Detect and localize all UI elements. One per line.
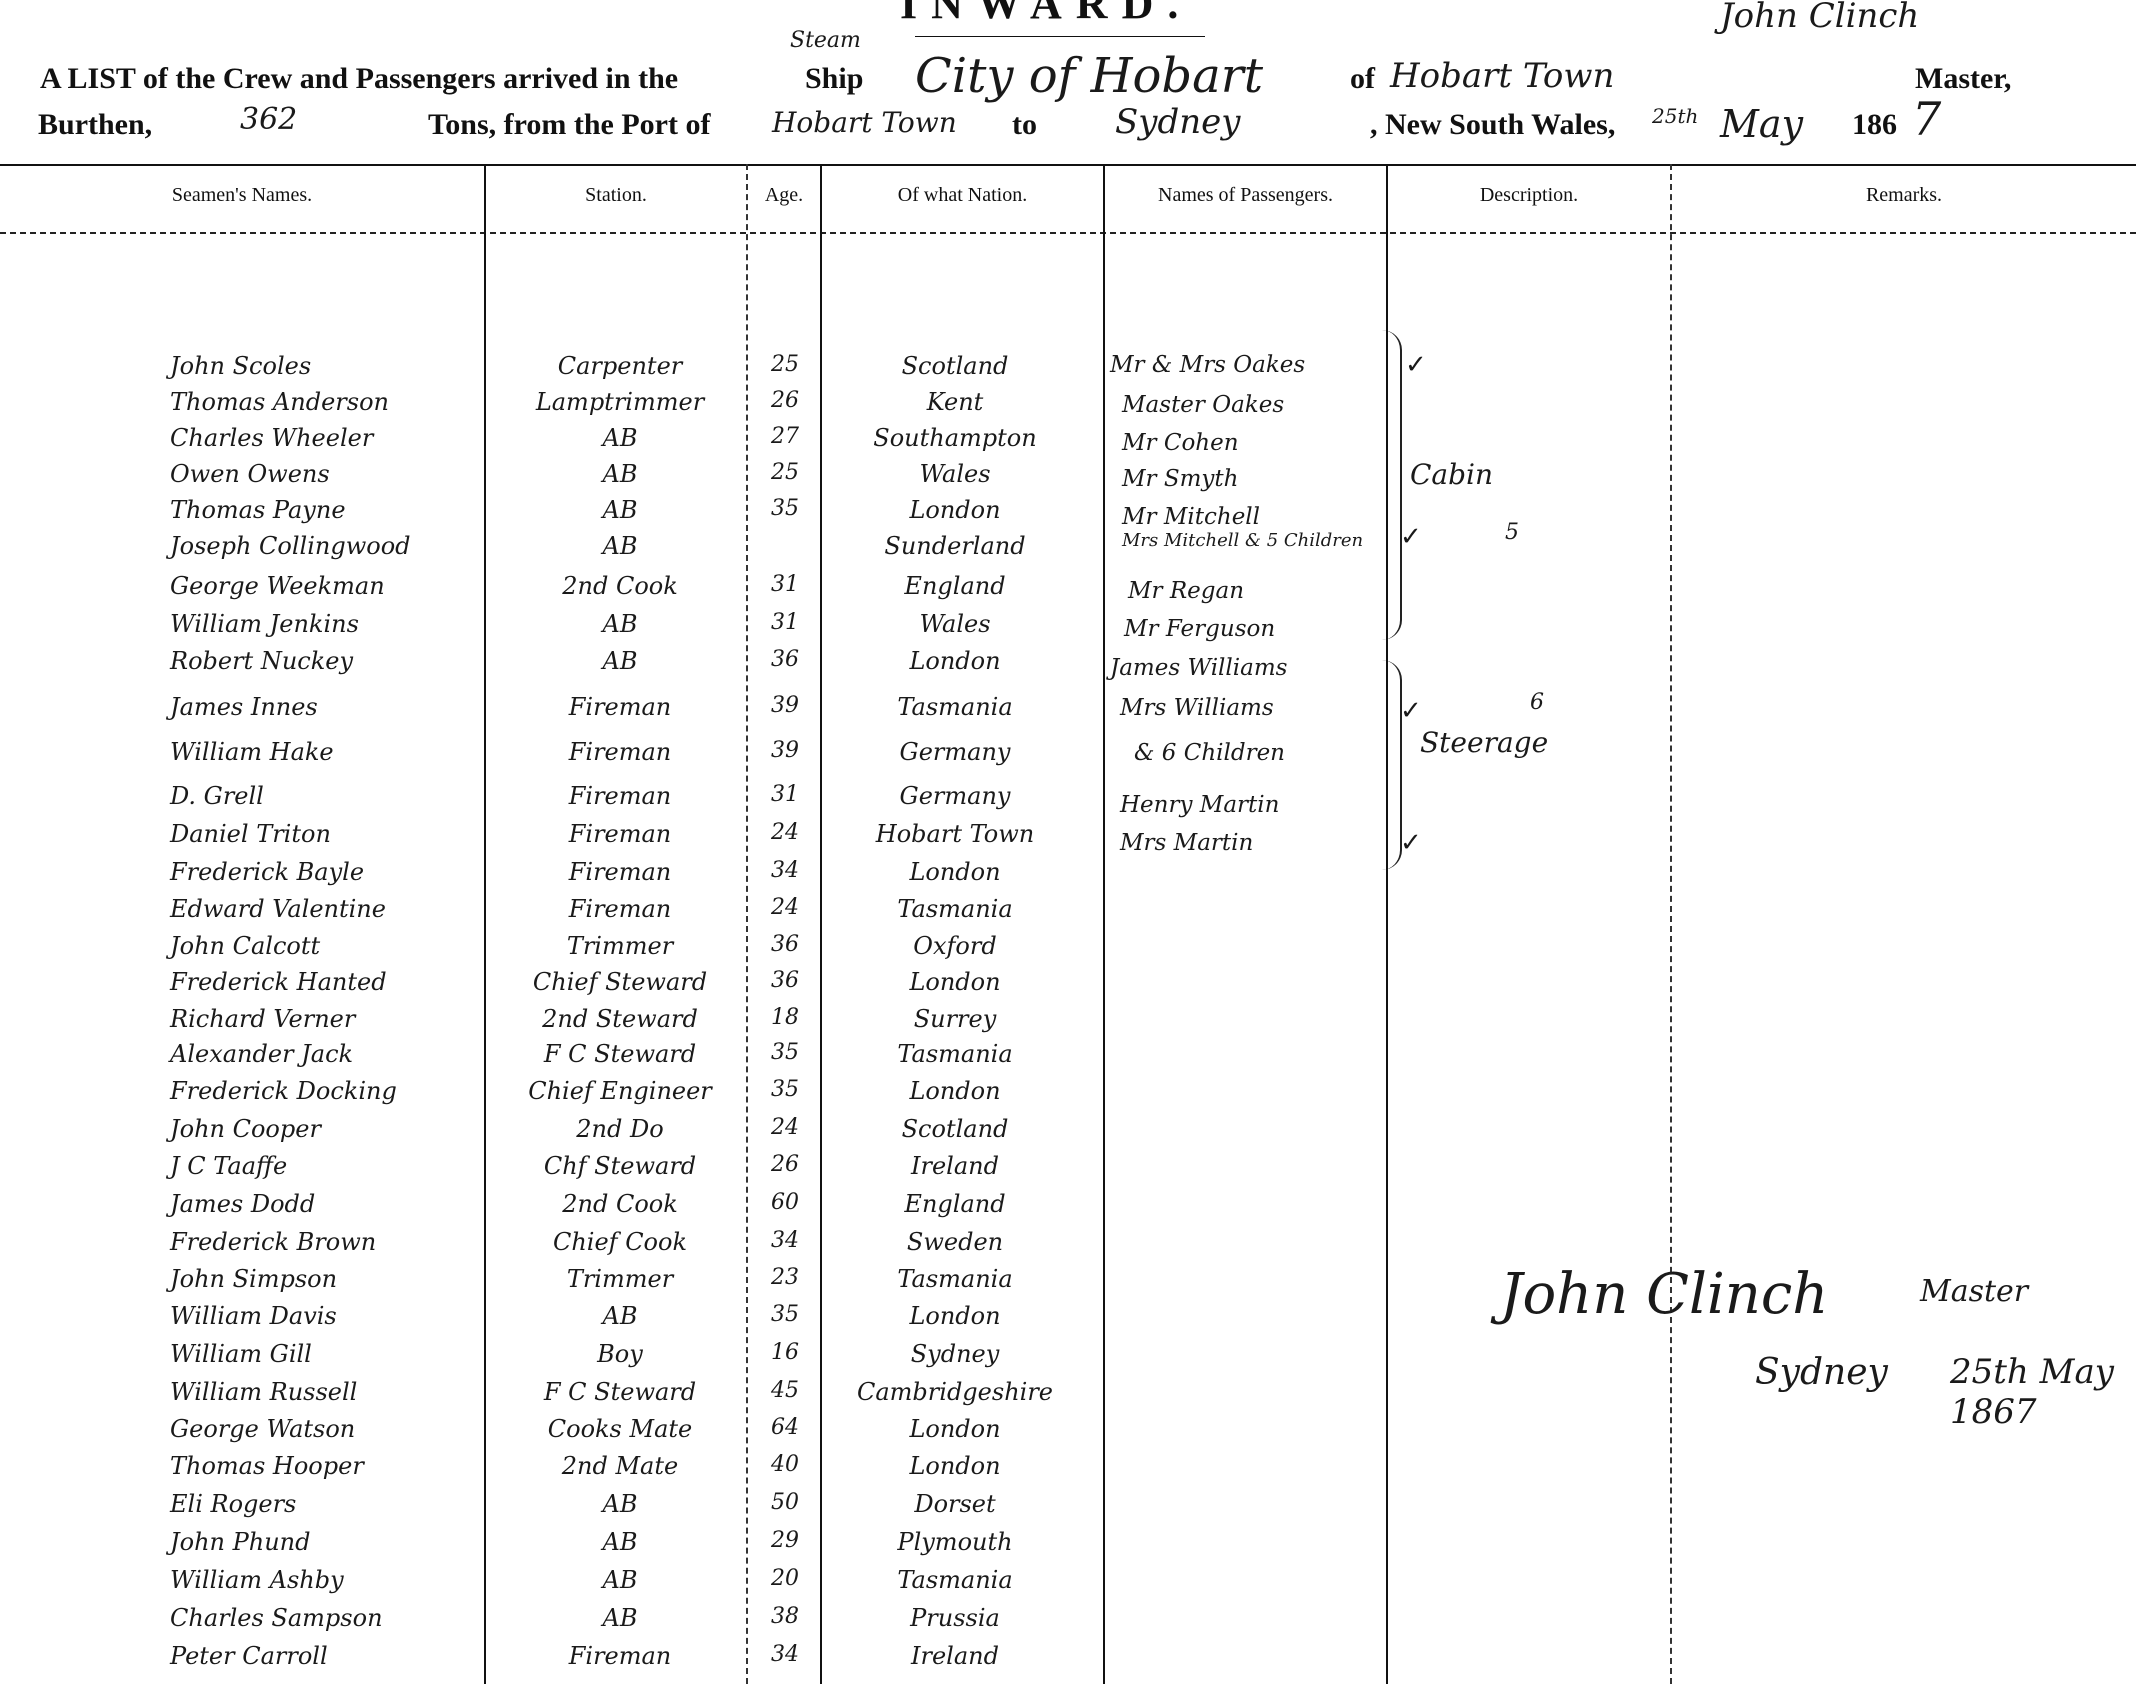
age: 34 bbox=[750, 1228, 820, 1253]
passenger-name: Henry Martin bbox=[1120, 792, 1279, 818]
seaman-name: William Hake bbox=[170, 738, 334, 766]
age: 35 bbox=[750, 496, 820, 521]
station: Fireman bbox=[500, 782, 740, 810]
crew-row: J C TaaffeChf Steward26Ireland bbox=[0, 1152, 1110, 1189]
seaman-name: Robert Nuckey bbox=[170, 647, 353, 675]
passenger-name: Mr Cohen bbox=[1122, 430, 1239, 456]
title-underline bbox=[915, 36, 1205, 37]
station: 2nd Mate bbox=[500, 1452, 740, 1480]
age: 35 bbox=[750, 1040, 820, 1065]
age: 36 bbox=[750, 647, 820, 672]
nation: Germany bbox=[835, 782, 1075, 810]
age: 24 bbox=[750, 895, 820, 920]
signature-date: 25th May 1867 bbox=[1950, 1352, 2136, 1432]
passenger-name: Mrs Williams bbox=[1120, 695, 1274, 721]
nation: Prussia bbox=[835, 1604, 1075, 1632]
age: 36 bbox=[750, 968, 820, 993]
col-header-passengers: Names of Passengers. bbox=[1105, 184, 1386, 207]
age: 60 bbox=[750, 1190, 820, 1215]
seaman-name: Charles Wheeler bbox=[170, 424, 373, 452]
age: 25 bbox=[750, 352, 820, 377]
col-header-seamen-names: Seamen's Names. bbox=[0, 184, 484, 207]
seaman-name: William Gill bbox=[170, 1340, 312, 1368]
station: F C Steward bbox=[500, 1040, 740, 1068]
nation: London bbox=[835, 1302, 1075, 1330]
col-header-description: Description. bbox=[1388, 184, 1670, 207]
seaman-name: William Ashby bbox=[170, 1566, 344, 1594]
nation: London bbox=[835, 1415, 1075, 1443]
seaman-name: Peter Carroll bbox=[170, 1642, 328, 1670]
station: Cooks Mate bbox=[500, 1415, 740, 1443]
nation: London bbox=[835, 1452, 1075, 1480]
passenger-row: Mr Ferguson bbox=[1110, 616, 1380, 653]
station: Fireman bbox=[500, 858, 740, 886]
nation: London bbox=[835, 1077, 1075, 1105]
seaman-name: D. Grell bbox=[170, 782, 264, 810]
station: F C Steward bbox=[500, 1378, 740, 1406]
nation: London bbox=[835, 647, 1075, 675]
seaman-name: George Watson bbox=[170, 1415, 355, 1443]
seaman-name: John Scoles bbox=[170, 352, 311, 380]
crew-row: John ScolesCarpenter25Scotland bbox=[0, 352, 1110, 389]
seaman-name: James Dodd bbox=[170, 1190, 315, 1218]
nation: Oxford bbox=[835, 932, 1075, 960]
crew-row: Thomas AndersonLamptrimmer26Kent bbox=[0, 388, 1110, 425]
station: 2nd Cook bbox=[500, 572, 740, 600]
crew-row: John Cooper2nd Do24Scotland bbox=[0, 1115, 1110, 1152]
of-label: of bbox=[1350, 62, 1375, 96]
check-mark-icon: ✓ bbox=[1400, 828, 1422, 858]
document-title: INWARD. bbox=[900, 0, 1192, 29]
station: Chief Steward bbox=[500, 968, 740, 996]
station: Carpenter bbox=[500, 352, 740, 380]
ship-word: Ship bbox=[805, 62, 863, 96]
nation: Tasmania bbox=[835, 1566, 1075, 1594]
nation: Sydney bbox=[835, 1340, 1075, 1368]
col-header-remarks: Remarks. bbox=[1672, 184, 2136, 207]
age: 39 bbox=[750, 693, 820, 718]
age: 31 bbox=[750, 572, 820, 597]
station: Trimmer bbox=[500, 1265, 740, 1293]
station: 2nd Cook bbox=[500, 1190, 740, 1218]
nation: Southampton bbox=[835, 424, 1075, 452]
from-port: Hobart Town bbox=[772, 106, 957, 139]
seaman-name: William Davis bbox=[170, 1302, 337, 1330]
nation: Scotland bbox=[835, 352, 1075, 380]
crew-row: Frederick DockingChief Engineer35London bbox=[0, 1077, 1110, 1114]
crew-row: William DavisAB35London bbox=[0, 1302, 1110, 1339]
station: Fireman bbox=[500, 738, 740, 766]
station: 2nd Steward bbox=[500, 1005, 740, 1033]
station: Fireman bbox=[500, 820, 740, 848]
station: Fireman bbox=[500, 693, 740, 721]
seaman-name: Richard Verner bbox=[170, 1005, 355, 1033]
age: 45 bbox=[750, 1378, 820, 1403]
date-day: 25th bbox=[1652, 104, 1698, 128]
nation: Sweden bbox=[835, 1228, 1075, 1256]
passenger-row: Master Oakes bbox=[1110, 392, 1380, 429]
seaman-name: James Innes bbox=[170, 693, 318, 721]
age: 27 bbox=[750, 424, 820, 449]
station: AB bbox=[500, 1490, 740, 1518]
passenger-row: Mr & Mrs Oakes bbox=[1110, 352, 1380, 389]
station: 2nd Do bbox=[500, 1115, 740, 1143]
nation: Kent bbox=[835, 388, 1075, 416]
age: 25 bbox=[750, 460, 820, 485]
station: AB bbox=[500, 496, 740, 524]
header-bottom-rule bbox=[0, 232, 2136, 234]
steerage-label: Steerage bbox=[1420, 726, 1548, 759]
nation: Hobart Town bbox=[835, 820, 1075, 848]
passenger-name: Mr & Mrs Oakes bbox=[1110, 352, 1305, 378]
crew-row: George WatsonCooks Mate64London bbox=[0, 1415, 1110, 1452]
crew-row: Eli RogersAB50Dorset bbox=[0, 1490, 1110, 1527]
crew-row: Alexander JackF C Steward35Tasmania bbox=[0, 1040, 1110, 1077]
seaman-name: Frederick Bayle bbox=[170, 858, 364, 886]
station: Trimmer bbox=[500, 932, 740, 960]
crew-row: Charles SampsonAB38Prussia bbox=[0, 1604, 1110, 1641]
passenger-name: Mrs Martin bbox=[1120, 830, 1253, 856]
age: 40 bbox=[750, 1452, 820, 1477]
station: AB bbox=[500, 647, 740, 675]
passenger-name: Mr Mitchell bbox=[1122, 504, 1260, 530]
to-label: to bbox=[1012, 108, 1037, 142]
seaman-name: Charles Sampson bbox=[170, 1604, 383, 1632]
crew-row: Charles WheelerAB27Southampton bbox=[0, 424, 1110, 461]
passenger-name: Mr Regan bbox=[1128, 578, 1244, 604]
seaman-name: William Jenkins bbox=[170, 610, 359, 638]
crew-row: Edward ValentineFireman24Tasmania bbox=[0, 895, 1110, 932]
seaman-name: J C Taaffe bbox=[170, 1152, 287, 1180]
seaman-name: John Calcott bbox=[170, 932, 320, 960]
crew-row: Richard Verner2nd Steward18Surrey bbox=[0, 1005, 1110, 1042]
seaman-name: Thomas Payne bbox=[170, 496, 346, 524]
station: Fireman bbox=[500, 1642, 740, 1670]
age: 31 bbox=[750, 610, 820, 635]
seaman-name: Eli Rogers bbox=[170, 1490, 296, 1518]
col-header-age: Age. bbox=[748, 184, 820, 207]
nation: Sunderland bbox=[835, 532, 1075, 560]
nation: London bbox=[835, 858, 1075, 886]
nation: Ireland bbox=[835, 1642, 1075, 1670]
steerage-brace bbox=[1380, 660, 1402, 870]
crew-row: D. GrellFireman31Germany bbox=[0, 782, 1110, 819]
station: AB bbox=[500, 532, 740, 560]
age: 26 bbox=[750, 388, 820, 413]
passenger-row: Mr Smyth bbox=[1110, 466, 1380, 503]
passenger-row: & 6 Children bbox=[1110, 740, 1380, 777]
seaman-name: Frederick Brown bbox=[170, 1228, 376, 1256]
crew-row: William AshbyAB20Tasmania bbox=[0, 1566, 1110, 1603]
nation: Germany bbox=[835, 738, 1075, 766]
crew-row: Frederick BrownChief Cook34Sweden bbox=[0, 1228, 1110, 1265]
nation: London bbox=[835, 496, 1075, 524]
passenger-row: Mrs Martin bbox=[1110, 830, 1380, 867]
station: AB bbox=[500, 424, 740, 452]
passenger-row: Mr Cohen bbox=[1110, 430, 1380, 467]
seaman-name: Thomas Anderson bbox=[170, 388, 389, 416]
age: 29 bbox=[750, 1528, 820, 1553]
station: Boy bbox=[500, 1340, 740, 1368]
check-mark-icon: ✓ bbox=[1400, 522, 1422, 552]
nation: Tasmania bbox=[835, 1265, 1075, 1293]
age: 50 bbox=[750, 1490, 820, 1515]
age: 26 bbox=[750, 1152, 820, 1177]
col-header-station: Station. bbox=[486, 184, 746, 207]
nation: Tasmania bbox=[835, 895, 1075, 923]
age: 18 bbox=[750, 1005, 820, 1030]
age: 36 bbox=[750, 932, 820, 957]
station: AB bbox=[500, 1566, 740, 1594]
burthen-label: Burthen, bbox=[38, 108, 152, 142]
crew-row: Peter CarrollFireman34Ireland bbox=[0, 1642, 1110, 1679]
crew-row: Thomas Hooper2nd Mate40London bbox=[0, 1452, 1110, 1489]
passenger-name: Master Oakes bbox=[1122, 392, 1284, 418]
to-port: Sydney bbox=[1115, 102, 1241, 142]
age: 16 bbox=[750, 1340, 820, 1365]
master-signature: John Clinch bbox=[1500, 1262, 1828, 1327]
passenger-row: Mrs Williams bbox=[1110, 695, 1380, 732]
crew-row: William RussellF C Steward45Cambridgeshi… bbox=[0, 1378, 1110, 1415]
passenger-name: James Williams bbox=[1110, 655, 1287, 681]
age: 23 bbox=[750, 1265, 820, 1290]
nation: Cambridgeshire bbox=[835, 1378, 1075, 1406]
age: 38 bbox=[750, 1604, 820, 1629]
crew-row: William HakeFireman39Germany bbox=[0, 738, 1110, 775]
header-top-rule bbox=[0, 164, 2136, 166]
seaman-name: John Phund bbox=[170, 1528, 311, 1556]
age: 24 bbox=[750, 820, 820, 845]
age: 64 bbox=[750, 1415, 820, 1440]
home-port: Hobart Town bbox=[1390, 56, 1614, 96]
seaman-name: Alexander Jack bbox=[170, 1040, 353, 1068]
year-prefix: 186 bbox=[1852, 108, 1897, 142]
crew-row: Joseph CollingwoodABSunderland bbox=[0, 532, 1110, 569]
crew-row: John PhundAB29Plymouth bbox=[0, 1528, 1110, 1565]
crew-row: Frederick HantedChief Steward36London bbox=[0, 968, 1110, 1005]
steerage-count: 6 bbox=[1530, 690, 1544, 715]
col-header-nation: Of what Nation. bbox=[822, 184, 1103, 207]
passenger-row: James Williams bbox=[1110, 655, 1380, 692]
signature-role: Master bbox=[1920, 1274, 2028, 1309]
crew-row: William GillBoy16Sydney bbox=[0, 1340, 1110, 1377]
crew-row: William JenkinsAB31Wales bbox=[0, 610, 1110, 647]
age: 39 bbox=[750, 738, 820, 763]
nation: Wales bbox=[835, 460, 1075, 488]
date-month: May bbox=[1720, 102, 1803, 146]
passenger-row: Mr Regan bbox=[1110, 578, 1380, 615]
passenger-name: Mrs Mitchell & 5 Children bbox=[1122, 530, 1363, 551]
nation: Scotland bbox=[835, 1115, 1075, 1143]
crew-row: Daniel TritonFireman24Hobart Town bbox=[0, 820, 1110, 857]
seaman-name: Joseph Collingwood bbox=[170, 532, 411, 560]
age: 31 bbox=[750, 782, 820, 807]
crew-row: James InnesFireman39Tasmania bbox=[0, 693, 1110, 730]
age: 34 bbox=[750, 1642, 820, 1667]
vessel-type-annotation: Steam bbox=[790, 28, 861, 53]
nation: England bbox=[835, 572, 1075, 600]
age: 34 bbox=[750, 858, 820, 883]
nation: Surrey bbox=[835, 1005, 1075, 1033]
seaman-name: Daniel Triton bbox=[170, 820, 331, 848]
station: AB bbox=[500, 1604, 740, 1632]
cabin-count: 5 bbox=[1505, 520, 1519, 545]
age: 24 bbox=[750, 1115, 820, 1140]
seaman-name: William Russell bbox=[170, 1378, 357, 1406]
crew-row: John CalcottTrimmer36Oxford bbox=[0, 932, 1110, 969]
passenger-name: & 6 Children bbox=[1134, 740, 1285, 766]
ship-name: City of Hobart bbox=[915, 48, 1263, 104]
seaman-name: John Simpson bbox=[170, 1265, 337, 1293]
passenger-name: Mr Smyth bbox=[1122, 466, 1238, 492]
age: 35 bbox=[750, 1302, 820, 1327]
cabin-label: Cabin bbox=[1410, 458, 1493, 491]
seaman-name: Owen Owens bbox=[170, 460, 330, 488]
passenger-name: Mr Ferguson bbox=[1124, 616, 1275, 642]
check-mark-icon: ✓ bbox=[1400, 696, 1422, 726]
station: AB bbox=[500, 1528, 740, 1556]
seaman-name: George Weekman bbox=[170, 572, 385, 600]
nation: Ireland bbox=[835, 1152, 1075, 1180]
nation: Tasmania bbox=[835, 1040, 1075, 1068]
seaman-name: John Cooper bbox=[170, 1115, 321, 1143]
age: 35 bbox=[750, 1077, 820, 1102]
station: Lamptrimmer bbox=[500, 388, 740, 416]
station: AB bbox=[500, 1302, 740, 1330]
crew-row: John SimpsonTrimmer23Tasmania bbox=[0, 1265, 1110, 1302]
age: 20 bbox=[750, 1566, 820, 1591]
seaman-name: Edward Valentine bbox=[170, 895, 386, 923]
station: AB bbox=[500, 460, 740, 488]
crew-row: Frederick BayleFireman34London bbox=[0, 858, 1110, 895]
master-label: Master, bbox=[1915, 62, 2011, 96]
station: Fireman bbox=[500, 895, 740, 923]
station: AB bbox=[500, 610, 740, 638]
crew-row: Robert NuckeyAB36London bbox=[0, 647, 1110, 684]
station: Chief Engineer bbox=[500, 1077, 740, 1105]
burthen-value: 362 bbox=[240, 102, 297, 137]
station: Chief Cook bbox=[500, 1228, 740, 1256]
colony-label: , New South Wales, bbox=[1370, 108, 1615, 142]
passenger-row: Mrs Mitchell & 5 Children bbox=[1110, 530, 1380, 567]
nation: Tasmania bbox=[835, 693, 1075, 721]
seaman-name: Frederick Hanted bbox=[170, 968, 387, 996]
check-mark-icon: ✓ bbox=[1405, 350, 1427, 380]
nation: Plymouth bbox=[835, 1528, 1075, 1556]
crew-row: Owen OwensAB25Wales bbox=[0, 460, 1110, 497]
crew-row: James Dodd2nd Cook60England bbox=[0, 1190, 1110, 1227]
seaman-name: Thomas Hooper bbox=[170, 1452, 364, 1480]
nation: London bbox=[835, 968, 1075, 996]
tons-label: Tons, from the Port of bbox=[428, 108, 710, 142]
year-suffix: 7 bbox=[1912, 92, 1941, 146]
crew-row: Thomas PayneAB35London bbox=[0, 496, 1110, 533]
station: Chf Steward bbox=[500, 1152, 740, 1180]
heading-prefix: A LIST of the Crew and Passengers arrive… bbox=[40, 62, 678, 96]
seaman-name: Frederick Docking bbox=[170, 1077, 397, 1105]
signature-place: Sydney bbox=[1755, 1352, 1888, 1393]
passenger-row: Henry Martin bbox=[1110, 792, 1380, 829]
crew-row: George Weekman2nd Cook31England bbox=[0, 572, 1110, 609]
nation: Dorset bbox=[835, 1490, 1075, 1518]
cabin-brace bbox=[1380, 330, 1402, 640]
col-divider-remarks bbox=[1670, 164, 1672, 1684]
nation: England bbox=[835, 1190, 1075, 1218]
nation: Wales bbox=[835, 610, 1075, 638]
top-right-annotation: John Clinch bbox=[1720, 0, 1919, 36]
